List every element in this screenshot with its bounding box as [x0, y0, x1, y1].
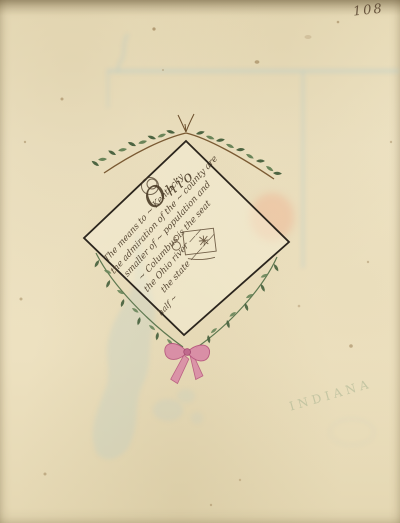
manuscript-page: 108 Ohio The means to ~ Kentucky the adm…: [0, 0, 400, 523]
ribbon-bow: [163, 343, 210, 385]
apex-twigs: [178, 114, 194, 132]
